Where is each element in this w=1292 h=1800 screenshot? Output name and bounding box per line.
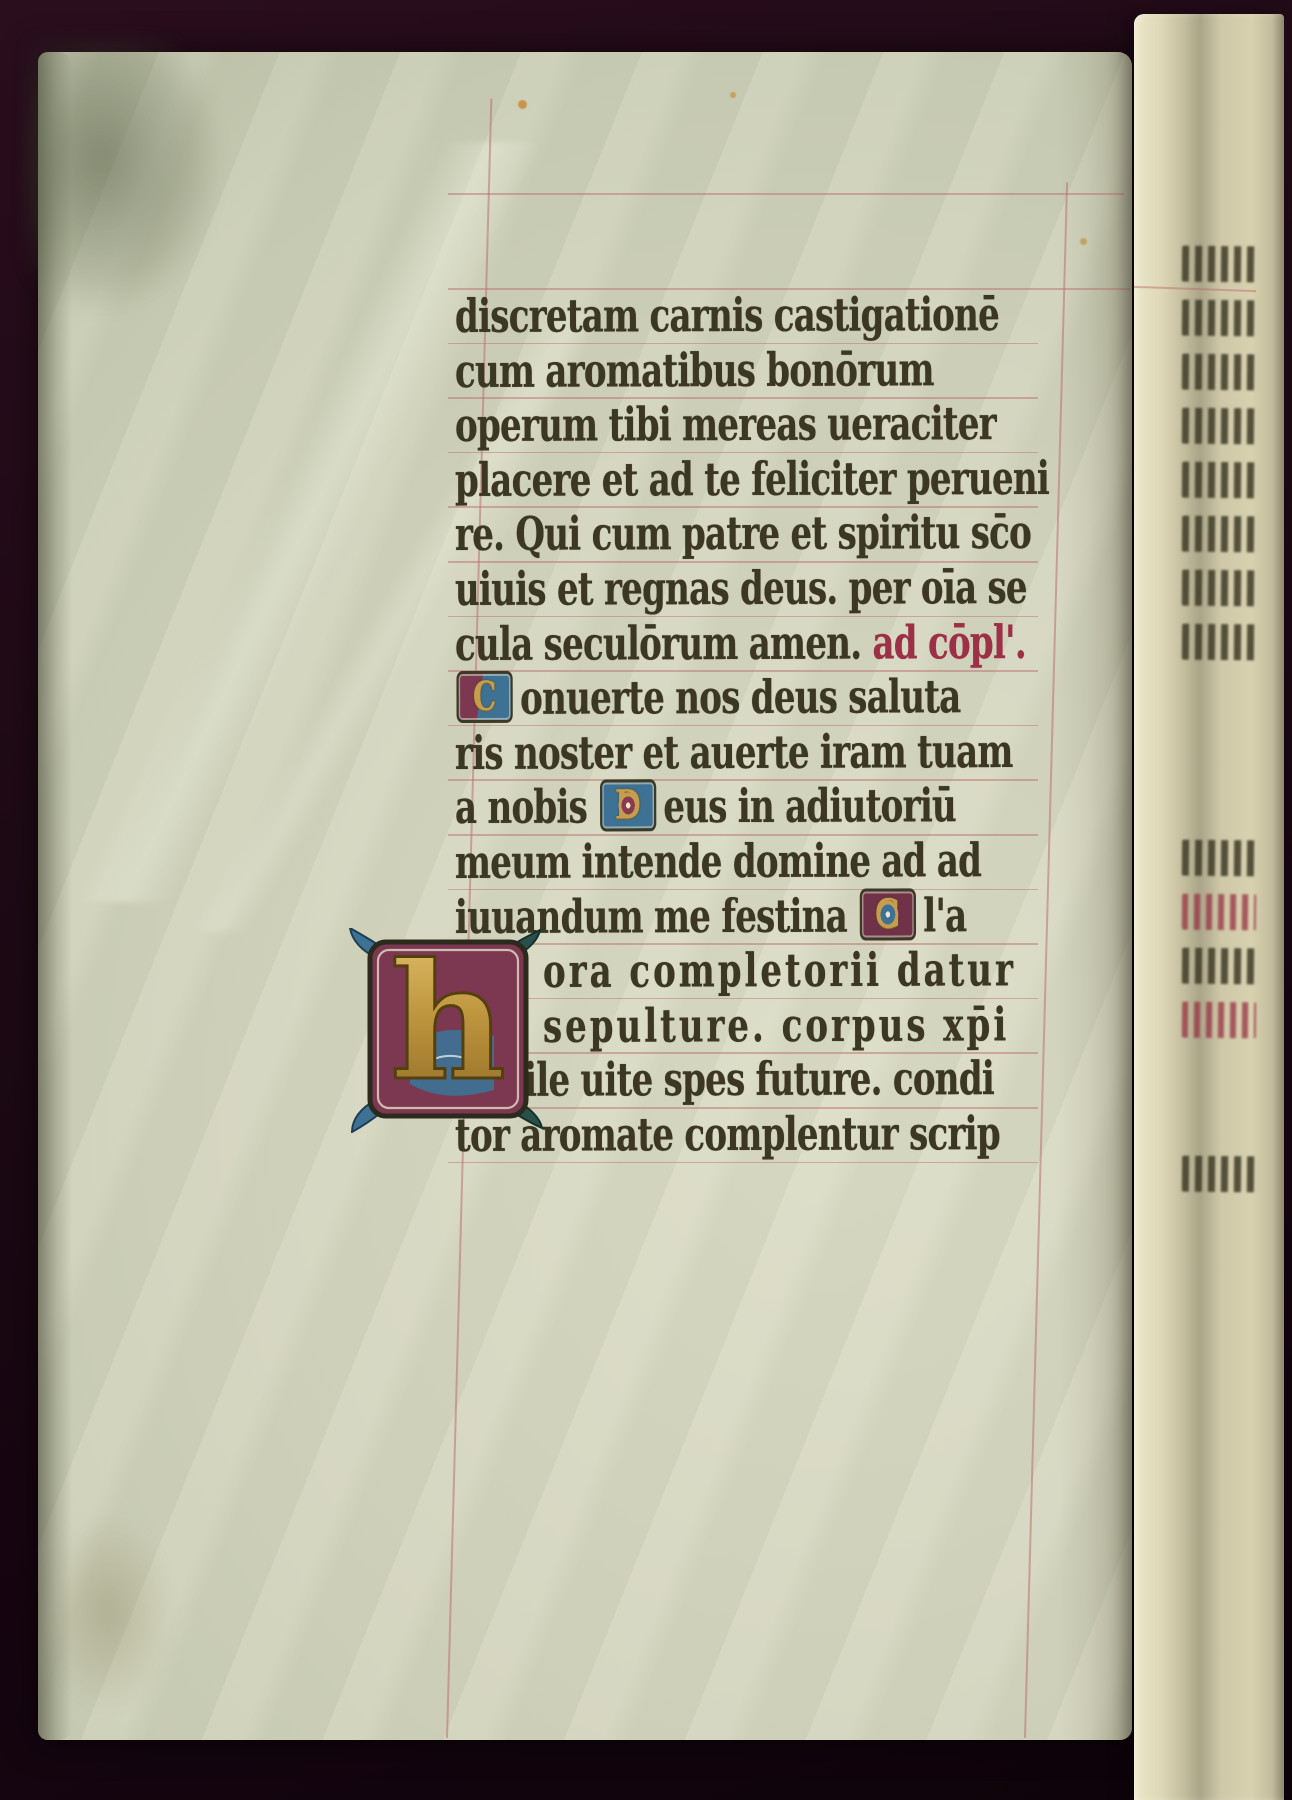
ink-text: ris noster et auerte iram tuam — [455, 724, 1013, 780]
manuscript-page: discretam carnis castigationēcum aromati… — [38, 52, 1132, 1740]
ink-text: eus in adiutoriū — [663, 779, 956, 834]
inline-illuminated-initial-g: G — [860, 888, 916, 940]
ink-text: cula seculōrum amen. — [455, 615, 873, 670]
ink-text: re. Qui cum patre et spiritu sc̄o — [455, 505, 1031, 561]
manuscript-line: uiuis et regnas deus. per oīa se — [455, 560, 1027, 616]
facing-text-fragment — [1182, 894, 1256, 931]
manuscript-line: ora completorii datur — [543, 943, 1016, 999]
ink-text: sepulture. corpus xp̄i — [543, 997, 1009, 1053]
rubric-text: ad cōpl'. — [872, 615, 1026, 670]
photograph-backdrop: discretam carnis castigationēcum aromati… — [0, 0, 1292, 1800]
initial-letter: h — [390, 928, 506, 1116]
ink-text: discretam carnis castigationē — [455, 287, 999, 343]
manuscript-line: meum intende domine ad ad — [455, 833, 981, 889]
manuscript-line: sepulture. corpus xp̄i — [543, 997, 1009, 1053]
manuscript-line: placere et ad te feliciter perueni — [455, 451, 1049, 507]
manuscript-line: Conuerte nos deus saluta — [455, 669, 961, 725]
facing-text-fragment — [1182, 624, 1256, 661]
ruling-line — [1134, 286, 1256, 292]
manuscript-line: operum tibi mereas ueraciter — [455, 396, 996, 452]
manuscript-line: cula seculōrum amen. ad cōpl'. — [455, 615, 1026, 671]
facing-text-fragment — [1182, 840, 1256, 877]
facing-text-fragment — [1182, 246, 1256, 283]
facing-text-fragment — [1182, 516, 1256, 553]
manuscript-line: discretam carnis castigationē — [455, 287, 999, 343]
ink-text: cum aromatibus bonōrum — [455, 342, 934, 398]
ink-text: uiuis et regnas deus. per oīa se — [455, 560, 1027, 616]
ink-text: meum intende domine ad ad — [455, 833, 981, 889]
illuminated-initial-h-art: h — [348, 928, 548, 1133]
ink-text: l'a — [923, 888, 966, 942]
facing-text-fragment — [1182, 1002, 1256, 1039]
facing-text-fragment — [1182, 570, 1256, 607]
ink-text: operum tibi mereas ueraciter — [455, 396, 996, 452]
facing-text-fragment — [1182, 354, 1256, 391]
inline-illuminated-initial-d: D — [600, 780, 656, 832]
facing-text-fragment — [1182, 948, 1256, 985]
facing-page-edge — [1134, 14, 1284, 1800]
ink-text: a nobis — [455, 780, 598, 835]
manuscript-line: re. Qui cum patre et spiritu sc̄o — [455, 505, 1031, 561]
manuscript-line: a nobis Deus in adiutoriū — [455, 779, 956, 835]
manuscript-line: ris noster et auerte iram tuam — [455, 724, 1013, 780]
facing-text-fragment — [1182, 408, 1256, 445]
initial-letter: D — [602, 783, 654, 829]
ink-text: ora completorii datur — [543, 943, 1016, 999]
ink-text: onuerte nos deus saluta — [520, 669, 960, 725]
initial-letter: G — [862, 891, 914, 937]
facing-text-fragment — [1182, 300, 1256, 337]
text-block: discretam carnis castigationēcum aromati… — [38, 52, 1132, 1740]
ink-text: placere et ad te feliciter perueni — [455, 451, 1049, 507]
inline-illuminated-initial-c: C — [456, 671, 512, 723]
facing-text-fragment — [1182, 462, 1256, 499]
illuminated-initial-h: h — [348, 928, 548, 1133]
manuscript-line: cum aromatibus bonōrum — [455, 342, 934, 398]
initial-letter: C — [459, 674, 511, 720]
facing-text-fragment — [1182, 1156, 1256, 1193]
